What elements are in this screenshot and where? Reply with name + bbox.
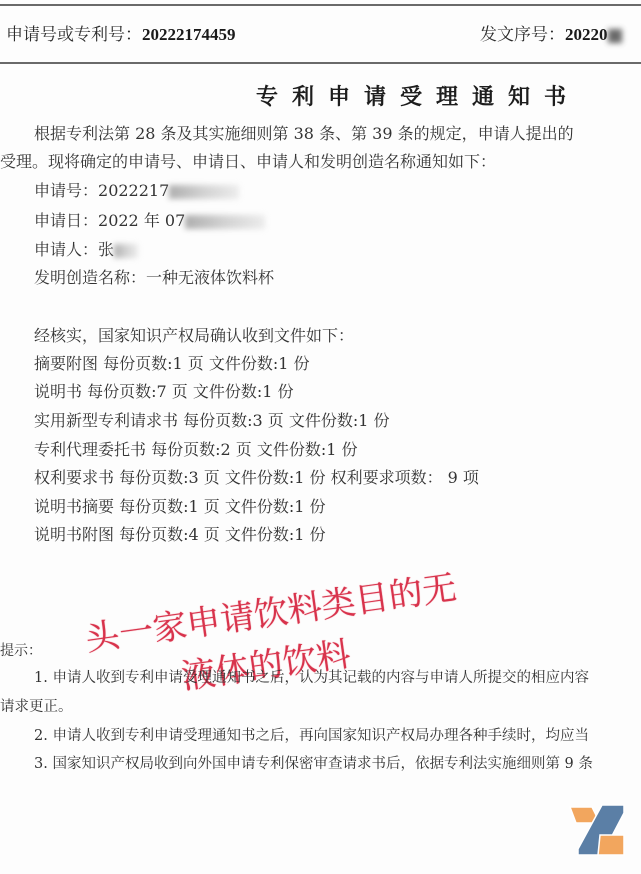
serial-number-header: 发文序号：20220: [480, 20, 622, 45]
note-item: 2. 申请人收到专利申请受理通知书之后，再向国家知识产权局办理各种手续时，均应当: [34, 726, 589, 746]
serial-number-label: 发文序号：: [480, 25, 565, 45]
received-item: 专利代理委托书 每份页数:2 页 文件份数:1 份: [34, 440, 358, 460]
field-filing-date: 申请日：2022 年 07: [34, 211, 265, 231]
intro-line-2: 受理。现将确定的申请号、申请日、申请人和发明创造名称通知如下：: [0, 152, 496, 172]
redaction: [114, 244, 138, 258]
note-item: 1. 申请人收到专利申请受理通知书之后，认为其记载的内容与申请人所提交的相应内容: [34, 668, 589, 688]
field-invention-name: 发明创造名称：一种无液体饮料杯: [34, 268, 274, 288]
top-rule: [0, 4, 641, 6]
application-number-value: 20222174459: [142, 25, 236, 44]
redaction: [608, 29, 622, 43]
intro-line-1: 根据专利法第 28 条及其实施细则第 38 条、第 39 条的规定，申请人提出的: [34, 124, 574, 144]
received-item: 权利要求书 每份页数:3 页 文件份数:1 份 权利要求项数： 9 项: [34, 468, 479, 488]
document-title: 专利申请受理通知书: [256, 80, 580, 111]
received-heading: 经核实，国家知识产权局确认收到文件如下：: [34, 326, 354, 346]
serial-number-value: 20220: [565, 25, 608, 44]
note-item: 请求更正。: [0, 697, 73, 717]
received-item: 说明书 每份页数:7 页 文件份数:1 份: [34, 382, 294, 402]
application-number-label: 申请号或专利号：: [6, 25, 142, 45]
received-item: 实用新型专利请求书 每份页数:3 页 文件份数:1 份: [34, 411, 390, 431]
notes-heading: 提示：: [0, 641, 42, 661]
field-application-number: 申请号：2022217: [34, 181, 239, 201]
field-applicant: 申请人：张: [34, 240, 138, 260]
received-item: 说明书附图 每份页数:4 页 文件份数:1 份: [34, 525, 326, 545]
note-item: 3. 国家知识产权局收到向外国申请专利保密审查请求书后，依据专利法实施细则第 9…: [34, 754, 593, 774]
header-rule: [0, 62, 641, 64]
redaction: [185, 215, 265, 229]
z-logo-icon: [566, 803, 628, 865]
redaction: [169, 185, 239, 199]
application-number-header: 申请号或专利号：20222174459: [6, 20, 236, 45]
received-item: 摘要附图 每份页数:1 页 文件份数:1 份: [34, 354, 310, 374]
received-item: 说明书摘要 每份页数:1 页 文件份数:1 份: [34, 497, 326, 517]
